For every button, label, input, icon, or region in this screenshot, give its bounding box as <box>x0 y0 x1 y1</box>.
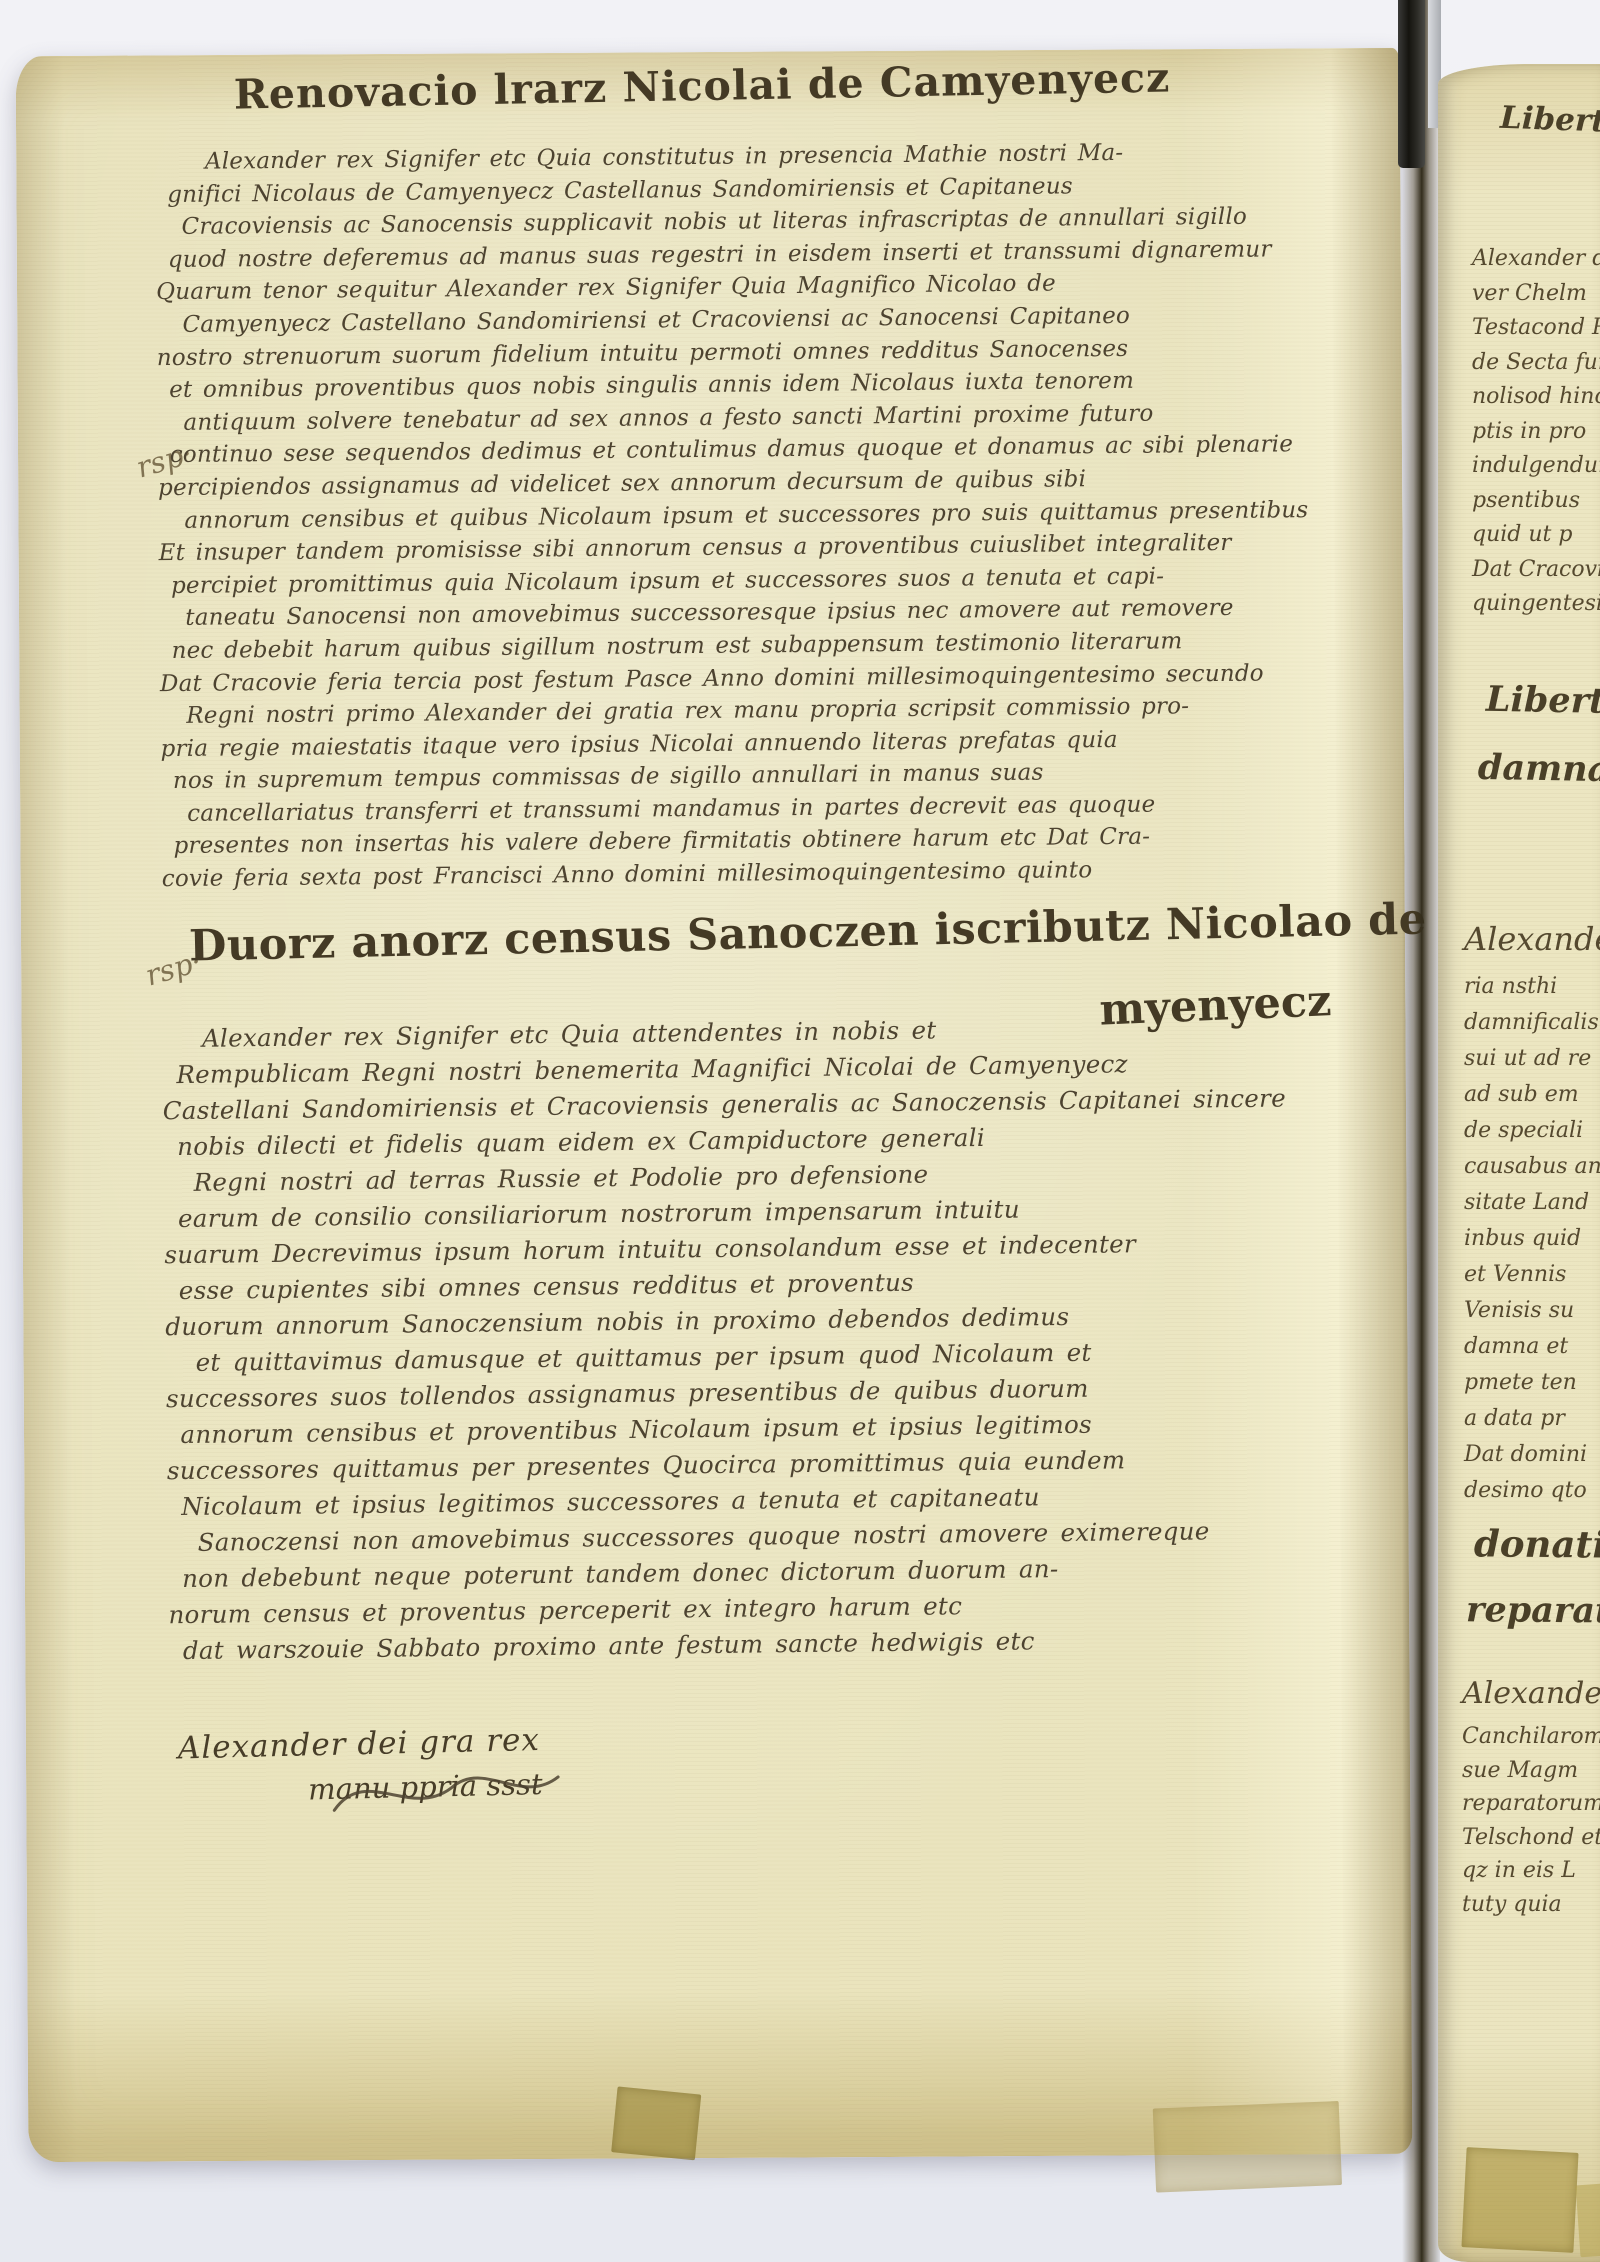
text-line: quid ut p <box>1472 522 1600 557</box>
text-line: Alexander <box>1464 920 1600 974</box>
text-line: tuty quia <box>1462 1892 1600 1926</box>
right-heading-3-line1: donatio <box>1474 1521 1600 1566</box>
text-line: ver Chelm <box>1472 281 1600 316</box>
repair-tape-right-2 <box>1576 2183 1600 2258</box>
text-line: de Secta fur <box>1472 350 1600 385</box>
text-line: reparatorum <box>1462 1791 1600 1825</box>
entry2-heading-line1: Duorz anorz census Sanoczen iscributz Ni… <box>189 893 1506 972</box>
text-line: ria nsthi <box>1464 974 1600 1010</box>
right-paragraph-3: AlexanderCanchilaromsue MagmreparatorumT… <box>1462 1676 1600 1925</box>
binding-gutter <box>1402 0 1440 2262</box>
text-line: ad sub em <box>1464 1082 1600 1118</box>
text-line: indulgendum <box>1472 453 1600 488</box>
text-line: causabus an <box>1464 1154 1600 1190</box>
text-line: pmete ten <box>1464 1370 1600 1406</box>
text-line: sui ut ad re <box>1464 1046 1600 1082</box>
repair-tape-right-1 <box>1461 2147 1578 2253</box>
text-line: sue Magm <box>1462 1758 1600 1792</box>
right-paragraph-2: Alexanderria nsthidamnificalissui ut ad … <box>1464 920 1600 1514</box>
text-line: Testacond P <box>1472 315 1600 350</box>
entry1-body: Alexander rex Signifer etc Quia constitu… <box>155 139 1172 898</box>
text-line: damnificalis <box>1464 1010 1600 1046</box>
text-line: et Vennis <box>1464 1262 1600 1298</box>
entry2-body: Alexander rex Signifer etc Quia attenden… <box>162 1012 1259 1672</box>
text-line: Venisis su <box>1464 1298 1600 1334</box>
text-line: Dat domini <box>1464 1442 1600 1478</box>
text-line: sitate Land <box>1464 1190 1600 1226</box>
repair-tape-left-1 <box>611 2086 701 2160</box>
text-line: desimo qto <box>1464 1478 1600 1514</box>
text-line: Alexander <box>1462 1676 1600 1724</box>
right-heading-2-line1: Liberta <box>1486 679 1600 722</box>
right-heading-2-line2: damna <box>1478 747 1600 790</box>
repair-tape-left-2 <box>1153 2101 1342 2193</box>
text-line: nolisod hino <box>1472 384 1600 419</box>
text-line: a data pr <box>1464 1406 1600 1442</box>
text-line: Alexander de <box>1472 246 1600 281</box>
text-line: ptis in pro <box>1472 419 1600 454</box>
left-page: Renovacio lrarz Nicolai de Camyenyecz rs… <box>16 48 1413 2162</box>
manuscript-photo: Renovacio lrarz Nicolai de Camyenyecz rs… <box>0 0 1600 2262</box>
right-paragraph-1: Alexander dever ChelmTestacond Pde Secta… <box>1472 246 1600 626</box>
text-line: Telschond et <box>1462 1825 1600 1859</box>
text-line: Canchilarom <box>1462 1724 1600 1758</box>
text-line: inbus quid <box>1464 1226 1600 1262</box>
right-heading-1: Liberta <box>1499 100 1600 140</box>
text-line: qz in eis L <box>1462 1858 1600 1892</box>
text-line: psentibus <box>1472 488 1600 523</box>
binding-rod <box>1398 0 1425 168</box>
right-page: Liberta Alexander dever ChelmTestacond P… <box>1438 64 1600 2262</box>
text-line: de speciali <box>1464 1118 1600 1154</box>
signature-flourish <box>326 1751 567 1836</box>
right-heading-3-line2: reparatio <box>1466 1589 1600 1632</box>
text-line: Dat Cracovie <box>1472 557 1600 592</box>
text-line: damna et <box>1464 1334 1600 1370</box>
text-line: quingentesio <box>1472 591 1600 626</box>
entry1-heading: Renovacio lrarz Nicolai de Camyenyecz <box>233 53 1170 118</box>
